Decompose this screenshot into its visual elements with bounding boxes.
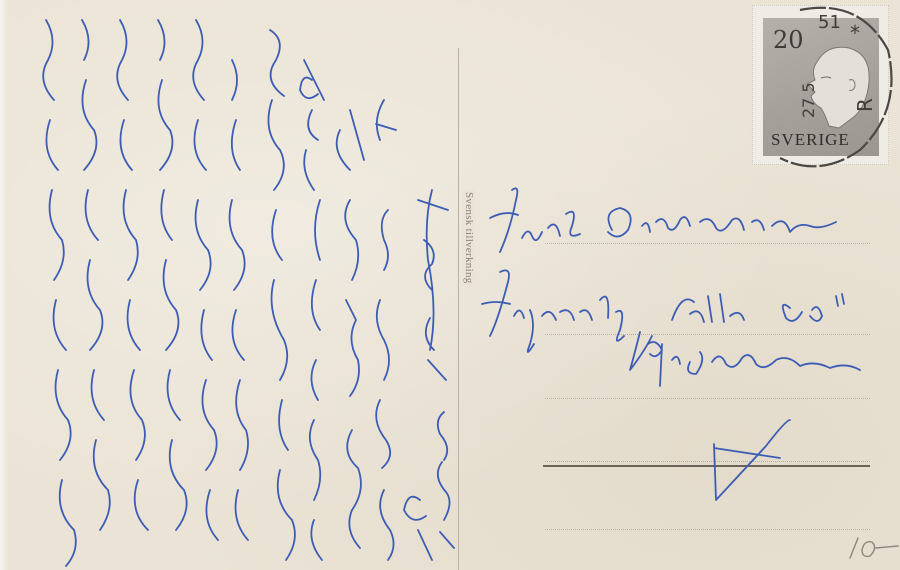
postcard-back: Svensk tillverkning 20 SVERIGE 51 * R 27… bbox=[0, 0, 900, 570]
address-handwriting-1 bbox=[490, 188, 836, 252]
handwritten-ink bbox=[0, 0, 900, 570]
address-handwriting-3 bbox=[630, 332, 860, 386]
country-mark bbox=[714, 420, 790, 500]
address-handwriting-2 bbox=[482, 270, 844, 352]
pencil-price-note bbox=[850, 538, 898, 558]
message-handwriting bbox=[43, 20, 454, 566]
